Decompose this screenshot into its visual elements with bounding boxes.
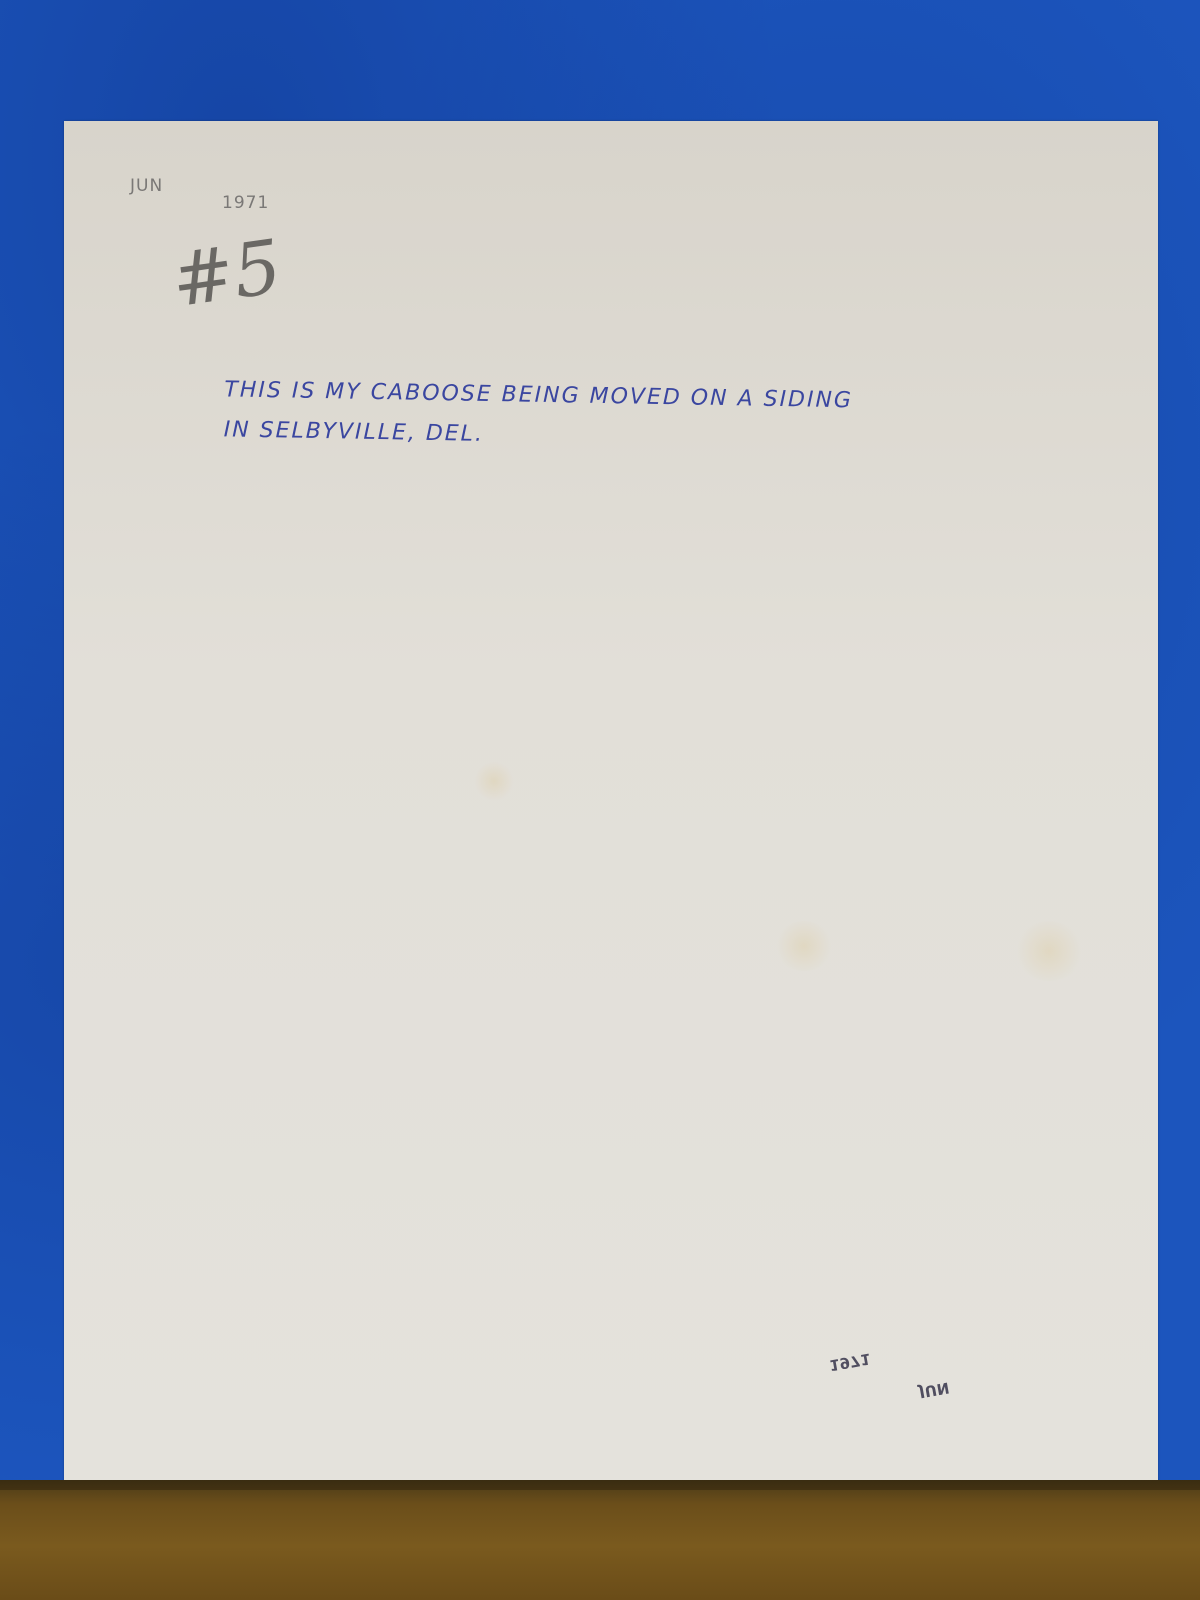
wooden-ledge [0, 1480, 1200, 1600]
paper-stain [774, 921, 834, 971]
paper-stain [1014, 921, 1084, 981]
mirrored-stamp-month: JUN [918, 1379, 951, 1402]
photo-back-paper: JUN 1971 #5 This is My Caboose Being Mov… [64, 121, 1158, 1501]
handwritten-number: #5 [167, 224, 287, 324]
ledge-shadow [0, 1480, 1200, 1490]
mirrored-stamp-year: 1971 [828, 1350, 872, 1375]
date-stamp-month: JUN [130, 176, 163, 196]
paper-stain [474, 761, 514, 801]
date-stamp-year: 1971 [222, 193, 269, 213]
handwritten-note: This is My Caboose Being Moved on a Sidi… [223, 370, 1104, 465]
